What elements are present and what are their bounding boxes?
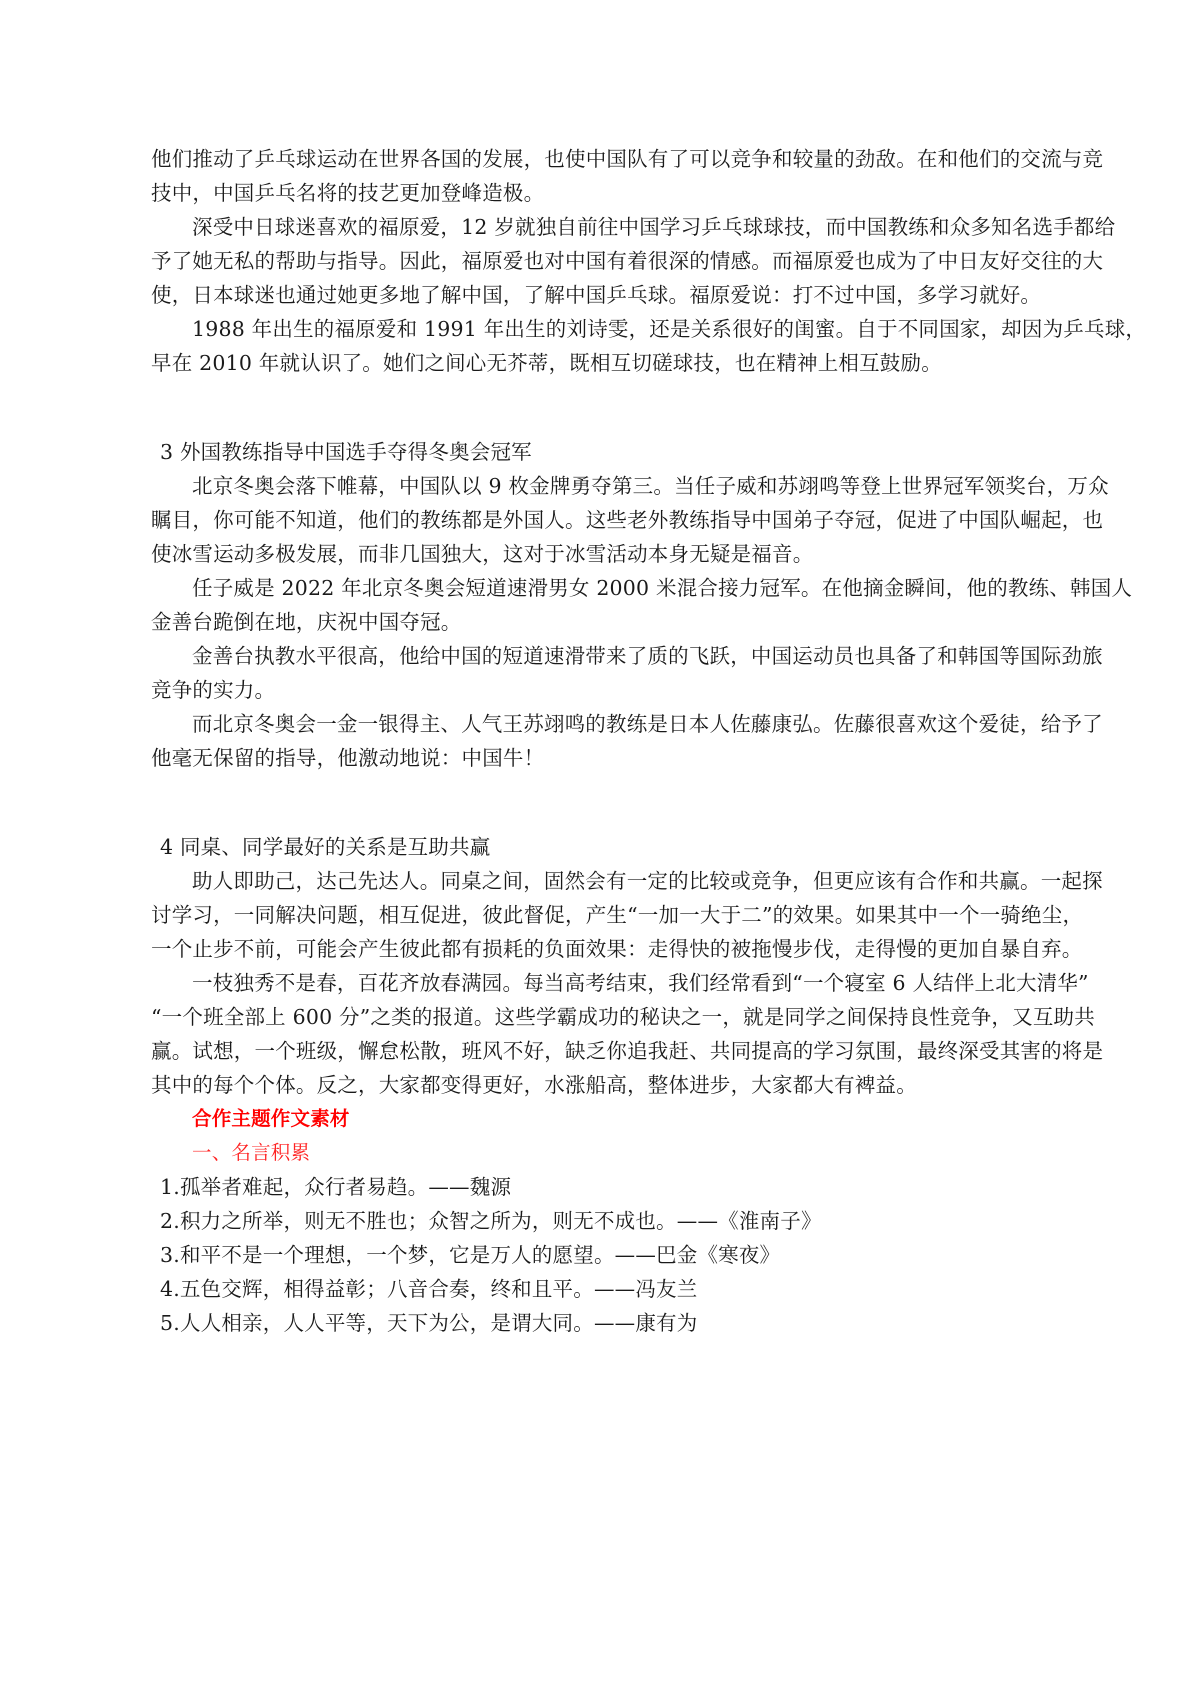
text-line: “一个班全部上 600 分”之类的报道。这些学霸成功的秘诀之一，就是同学之间保持… xyxy=(151,1000,1091,1034)
quote-item: 4.五色交辉，相得益彰；八音合奏，终和且平。——冯友兰 xyxy=(151,1272,1091,1306)
text-line: 使，日本球迷也通过她更多地了解中国，了解中国乒乓球。福原爱说：打不过中国，多学习… xyxy=(151,278,1091,312)
section4-paragraph-2: 一枝独秀不是春，百花齐放春满园。每当高考结束，我们经常看到“一个寝室 6 人结伴… xyxy=(151,966,1091,1102)
materials-title: 合作主题作文素材 xyxy=(151,1102,1091,1136)
text-line: 竞争的实力。 xyxy=(151,673,1091,707)
section-gap xyxy=(151,775,1091,830)
section3-paragraph-4: 而北京冬奥会一金一银得主、人气王苏翊鸣的教练是日本人佐藤康弘。佐藤很喜欢这个爱徒… xyxy=(151,707,1091,775)
section-gap xyxy=(151,380,1091,435)
text-line: 助人即助己，达己先达人。同桌之间，固然会有一定的比较或竞争，但更应该有合作和共赢… xyxy=(151,864,1091,898)
document-page: 他们推动了乒乓球运动在世界各国的发展，也使中国队有了可以竞争和较量的劲敌。在和他… xyxy=(151,142,1091,1340)
section3-paragraph-3: 金善台执教水平很高，他给中国的短道速滑带来了质的飞跃，中国运动员也具备了和韩国等… xyxy=(151,639,1091,707)
text-line: 予了她无私的帮助与指导。因此，福原爱也对中国有着很深的情感。而福原爱也成为了中日… xyxy=(151,244,1091,278)
section4-heading: 4 同桌、同学最好的关系是互助共赢 xyxy=(151,830,1091,864)
materials-subtitle: 一、名言积累 xyxy=(151,1136,1091,1170)
text-line: 赢。试想，一个班级，懈怠松散，班风不好，缺乏你追我赶、共同提高的学习氛围，最终深… xyxy=(151,1034,1091,1068)
text-line: 任子威是 2022 年北京冬奥会短道速滑男女 2000 米混合接力冠军。在他摘金… xyxy=(151,571,1091,605)
paragraph-section2-tail: 他们推动了乒乓球运动在世界各国的发展，也使中国队有了可以竞争和较量的劲敌。在和他… xyxy=(151,142,1091,210)
section3-paragraph-1: 北京冬奥会落下帷幕，中国队以 9 枚金牌勇夺第三。当任子威和苏翊鸣等登上世界冠军… xyxy=(151,469,1091,571)
text-line: 瞩目，你可能不知道，他们的教练都是外国人。这些老外教练指导中国弟子夺冠，促进了中… xyxy=(151,503,1091,537)
quote-item: 5.人人相亲，人人平等，天下为公，是谓大同。——康有为 xyxy=(151,1306,1091,1340)
text-line: 而北京冬奥会一金一银得主、人气王苏翊鸣的教练是日本人佐藤康弘。佐藤很喜欢这个爱徒… xyxy=(151,707,1091,741)
section3-paragraph-2: 任子威是 2022 年北京冬奥会短道速滑男女 2000 米混合接力冠军。在他摘金… xyxy=(151,571,1091,639)
text-line: 金善台跪倒在地，庆祝中国夺冠。 xyxy=(151,605,1091,639)
quotes-list: 1.孤举者难起，众行者易趋。——魏源 2.积力之所举，则无不胜也；众智之所为，则… xyxy=(151,1170,1091,1340)
section4-paragraph-1: 助人即助己，达己先达人。同桌之间，固然会有一定的比较或竞争，但更应该有合作和共赢… xyxy=(151,864,1091,966)
quote-item: 2.积力之所举，则无不胜也；众智之所为，则无不成也。——《淮南子》 xyxy=(151,1204,1091,1238)
quote-item: 1.孤举者难起，众行者易趋。——魏源 xyxy=(151,1170,1091,1204)
text-line: 一枝独秀不是春，百花齐放春满园。每当高考结束，我们经常看到“一个寝室 6 人结伴… xyxy=(151,966,1091,1000)
quote-item: 3.和平不是一个理想，一个梦，它是万人的愿望。——巴金《寒夜》 xyxy=(151,1238,1091,1272)
text-line: 1988 年出生的福原爱和 1991 年出生的刘诗雯，还是关系很好的闺蜜。自于不… xyxy=(151,312,1091,346)
text-line: 讨学习，一同解决问题，相互促进，彼此督促，产生“一加一大于二”的效果。如果其中一… xyxy=(151,898,1091,932)
text-line: 深受中日球迷喜欢的福原爱，12 岁就独自前往中国学习乒乓球球技，而中国教练和众多… xyxy=(151,210,1091,244)
text-line: 北京冬奥会落下帷幕，中国队以 9 枚金牌勇夺第三。当任子威和苏翊鸣等登上世界冠军… xyxy=(151,469,1091,503)
text-line: 使冰雪运动多极发展，而非几国独大，这对于冰雪活动本身无疑是福音。 xyxy=(151,537,1091,571)
paragraph-fukuhara: 深受中日球迷喜欢的福原爱，12 岁就独自前往中国学习乒乓球球技，而中国教练和众多… xyxy=(151,210,1091,312)
text-line: 他们推动了乒乓球运动在世界各国的发展，也使中国队有了可以竞争和较量的劲敌。在和他… xyxy=(151,142,1091,176)
paragraph-friends: 1988 年出生的福原爱和 1991 年出生的刘诗雯，还是关系很好的闺蜜。自于不… xyxy=(151,312,1091,380)
text-line: 一个止步不前，可能会产生彼此都有损耗的负面效果：走得快的被拖慢步伐，走得慢的更加… xyxy=(151,932,1091,966)
section3-heading: 3 外国教练指导中国选手夺得冬奥会冠军 xyxy=(151,435,1091,469)
text-line: 金善台执教水平很高，他给中国的短道速滑带来了质的飞跃，中国运动员也具备了和韩国等… xyxy=(151,639,1091,673)
text-line: 早在 2010 年就认识了。她们之间心无芥蒂，既相互切磋球技，也在精神上相互鼓励… xyxy=(151,346,1091,380)
text-line: 技中，中国乒乓名将的技艺更加登峰造极。 xyxy=(151,176,1091,210)
text-line: 其中的每个个体。反之，大家都变得更好，水涨船高，整体进步，大家都大有裨益。 xyxy=(151,1068,1091,1102)
text-line: 他毫无保留的指导，他激动地说：中国牛！ xyxy=(151,741,1091,775)
